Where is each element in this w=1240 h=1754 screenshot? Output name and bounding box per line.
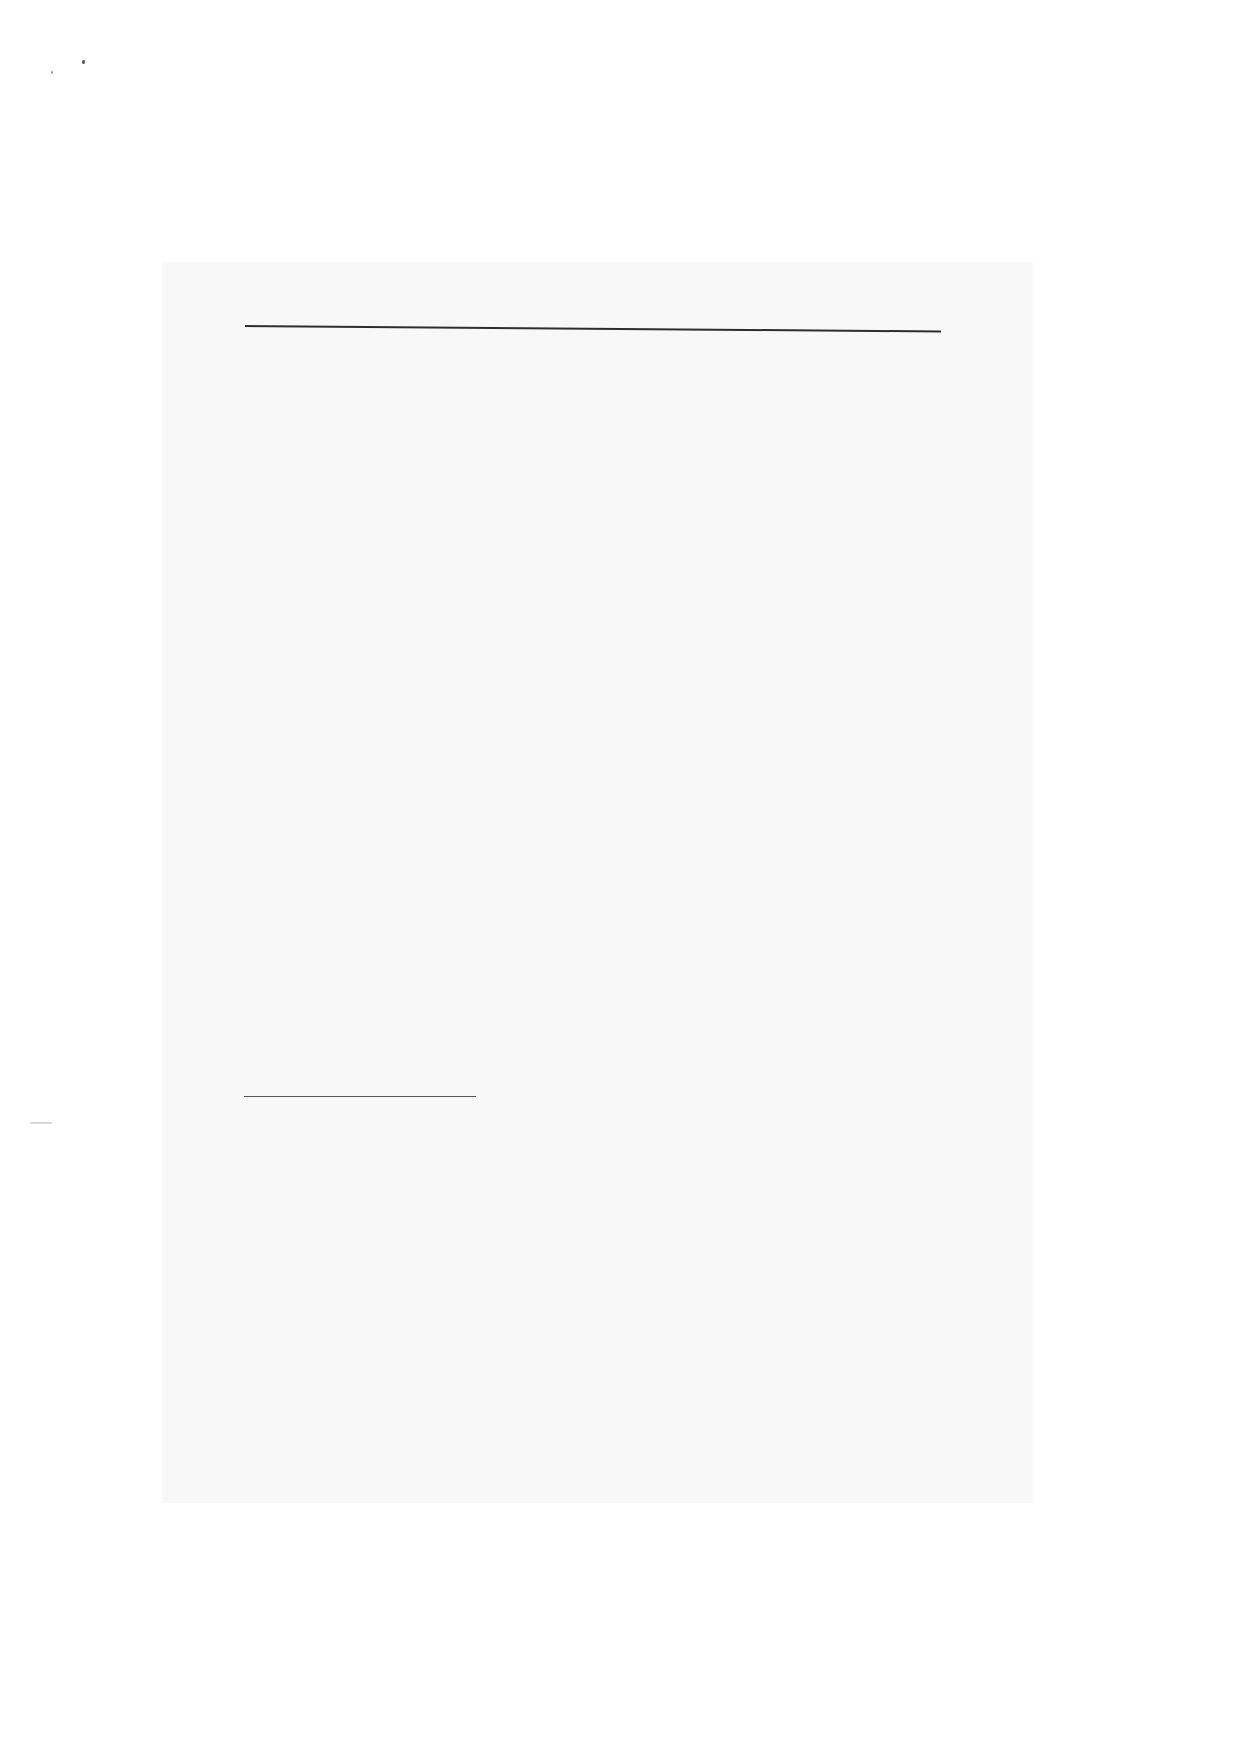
scan-area-background — [162, 262, 1033, 1503]
scan-speck — [82, 60, 85, 64]
scanned-page — [0, 0, 1240, 1754]
scan-speck — [30, 1122, 52, 1124]
scan-speck — [51, 71, 53, 74]
footnote-rule — [244, 1096, 476, 1097]
